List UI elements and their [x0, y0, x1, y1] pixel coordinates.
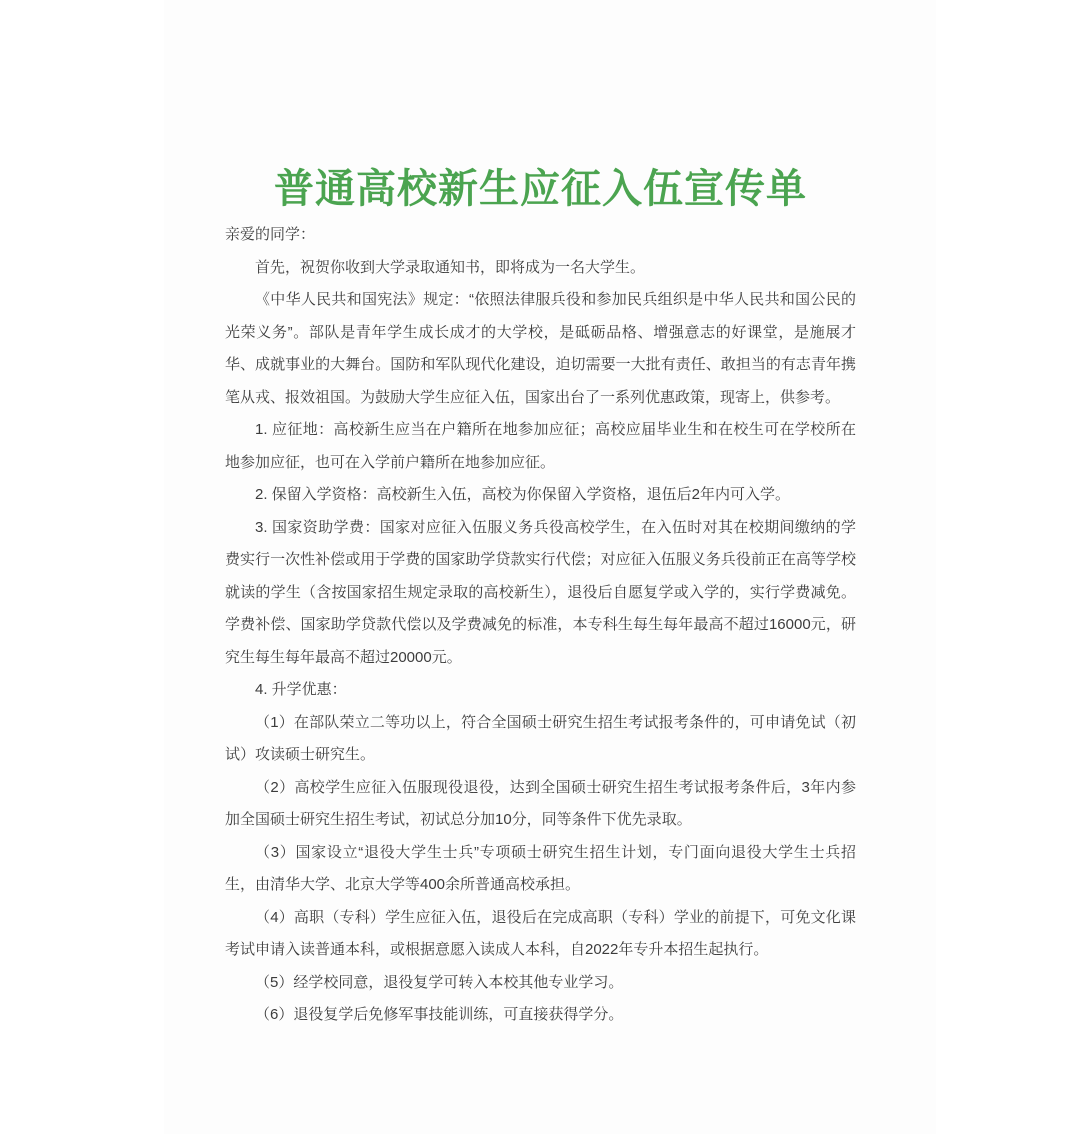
paragraph: 4. 升学优惠： [225, 674, 856, 707]
paragraph: （6）退役复学后免修军事技能训练，可直接获得学分。 [225, 999, 856, 1032]
document-page: 普通高校新生应征入伍宣传单 亲爱的同学：首先，祝贺你收到大学录取通知书，即将成为… [0, 0, 1081, 1134]
paragraph: 《中华人民共和国宪法》规定：“依照法律服兵役和参加民兵组织是中华人民共和国公民的… [225, 284, 856, 414]
paragraph: （2）高校学生应征入伍服现役退役，达到全国硕士研究生招生考试报考条件后，3年内参… [225, 772, 856, 837]
paragraph: 首先，祝贺你收到大学录取通知书，即将成为一名大学生。 [225, 252, 856, 285]
page-title: 普通高校新生应征入伍宣传单 [0, 157, 1081, 214]
paragraph: 亲爱的同学： [225, 219, 856, 252]
paragraph: 1. 应征地：高校新生应当在户籍所在地参加应征；高校应届毕业生和在校生可在学校所… [225, 414, 856, 479]
paragraph: 3. 国家资助学费：国家对应征入伍服义务兵役高校学生，在入伍时对其在校期间缴纳的… [225, 512, 856, 675]
paragraph: （5）经学校同意，退役复学可转入本校其他专业学习。 [225, 967, 856, 1000]
paragraph: （4）高职（专科）学生应征入伍，退役后在完成高职（专科）学业的前提下，可免文化课… [225, 902, 856, 967]
document-body: 亲爱的同学：首先，祝贺你收到大学录取通知书，即将成为一名大学生。《中华人民共和国… [225, 219, 856, 1032]
paragraph: （3）国家设立“退役大学生士兵”专项硕士研究生招生计划，专门面向退役大学生士兵招… [225, 837, 856, 902]
paragraph: （1）在部队荣立二等功以上，符合全国硕士研究生招生考试报考条件的，可申请免试（初… [225, 707, 856, 772]
paragraph: 2. 保留入学资格：高校新生入伍，高校为你保留入学资格，退伍后2年内可入学。 [225, 479, 856, 512]
